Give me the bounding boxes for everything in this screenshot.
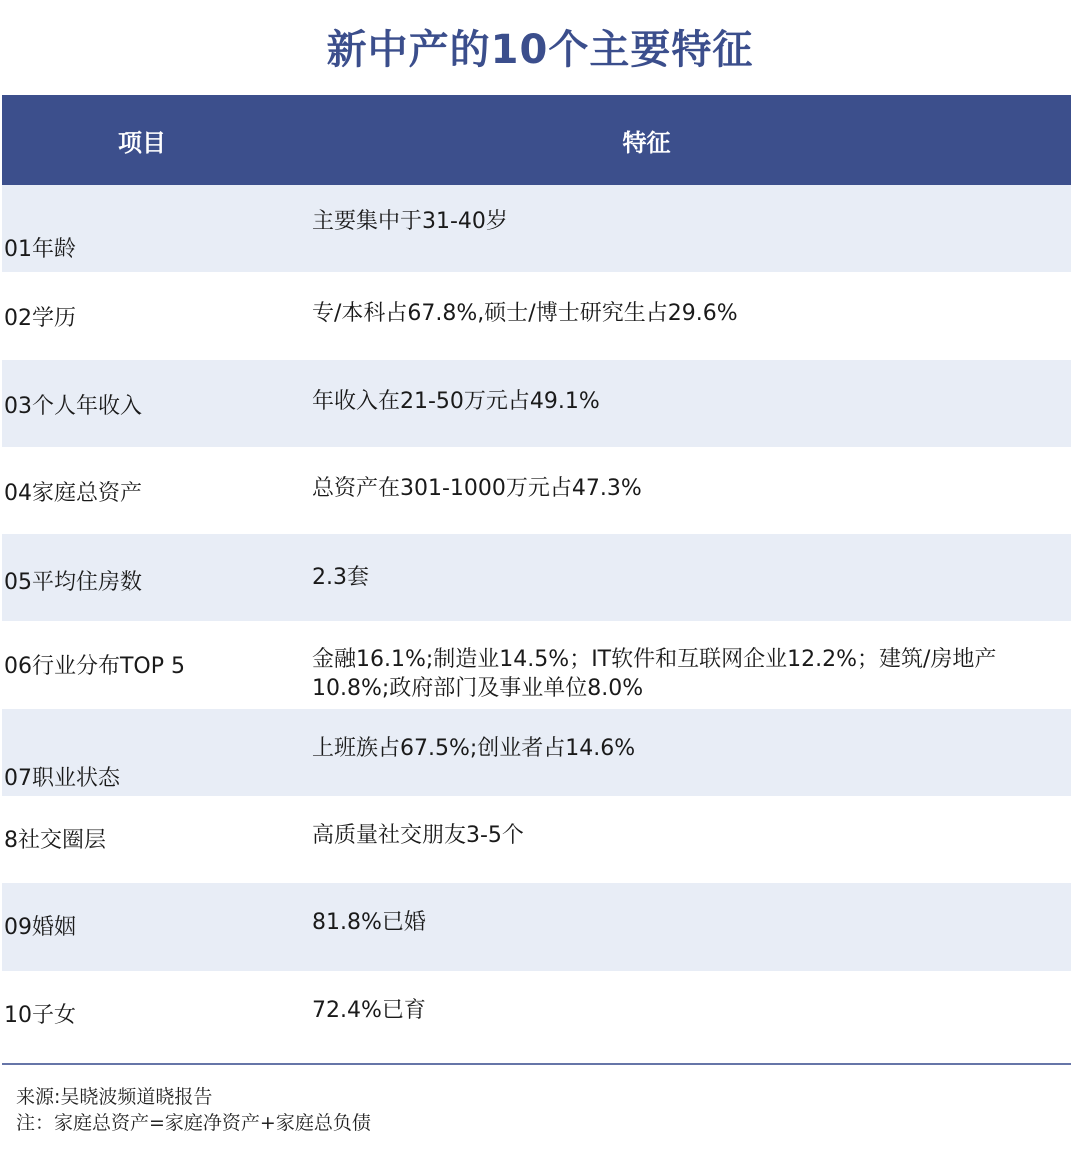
row-feature: 高质量社交朋友3-5个 xyxy=(312,821,1057,850)
row-item: 04家庭总资产 xyxy=(4,476,142,507)
table-row: 10子女 72.4%已育 xyxy=(2,971,1071,1058)
row-item: 02学历 xyxy=(4,301,76,332)
row-item: 03个人年收入 xyxy=(4,389,142,420)
row-item: 01年龄 xyxy=(4,232,76,263)
table-row: 02学历 专/本科占67.8%,硕士/博士研究生占29.6% xyxy=(2,272,1071,359)
table-row: 01年龄 主要集中于31-40岁 xyxy=(2,185,1071,272)
row-feature: 2.3套 xyxy=(312,563,1057,592)
table-row: 8社交圈层 高质量社交朋友3-5个 xyxy=(2,796,1071,883)
header-item: 项目 xyxy=(2,123,282,158)
row-feature: 年收入在21-50万元占49.1% xyxy=(312,387,1057,416)
row-feature: 72.4%已育 xyxy=(312,996,1057,1025)
footnotes: 来源:吴晓波频道晓报告 注：家庭总资产=家庭净资产+家庭总负债 xyxy=(16,1084,371,1136)
table-row: 03个人年收入 年收入在21-50万元占49.1% xyxy=(2,360,1071,447)
formula-note: 注：家庭总资产=家庭净资产+家庭总负债 xyxy=(16,1110,371,1136)
row-feature: 主要集中于31-40岁 xyxy=(312,207,1057,236)
row-item: 10子女 xyxy=(4,998,76,1029)
row-item: 07职业状态 xyxy=(4,761,120,792)
header-feature: 特征 xyxy=(282,123,1071,158)
row-item: 8社交圈层 xyxy=(4,823,106,854)
table-row: 04家庭总资产 总资产在301-1000万元占47.3% xyxy=(2,447,1071,534)
table-row: 06行业分布TOP 5 金融16.1%;制造业14.5%；IT软件和互联网企业1… xyxy=(2,621,1071,708)
row-item: 09婚姻 xyxy=(4,910,76,941)
row-feature: 专/本科占67.8%,硕士/博士研究生占29.6% xyxy=(312,299,1057,328)
table-bottom-divider xyxy=(2,1063,1071,1065)
table-row: 09婚姻 81.8%已婚 xyxy=(2,883,1071,970)
table-header: 项目 特征 xyxy=(2,95,1071,185)
table-row: 07职业状态 上班族占67.5%;创业者占14.6% xyxy=(2,709,1071,796)
row-item: 05平均住房数 xyxy=(4,565,142,596)
page-title: 新中产的10个主要特征 xyxy=(0,18,1080,75)
row-feature: 总资产在301-1000万元占47.3% xyxy=(312,474,1057,503)
features-table: 项目 特征 01年龄 主要集中于31-40岁 02学历 专/本科占67.8%,硕… xyxy=(2,95,1071,1058)
row-feature: 81.8%已婚 xyxy=(312,908,1057,937)
source-note: 来源:吴晓波频道晓报告 xyxy=(16,1084,371,1110)
table-row: 05平均住房数 2.3套 xyxy=(2,534,1071,621)
row-feature: 上班族占67.5%;创业者占14.6% xyxy=(312,734,1057,763)
row-item: 06行业分布TOP 5 xyxy=(4,649,185,680)
row-feature: 金融16.1%;制造业14.5%；IT软件和互联网企业12.2%；建筑/房地产1… xyxy=(312,645,1057,703)
